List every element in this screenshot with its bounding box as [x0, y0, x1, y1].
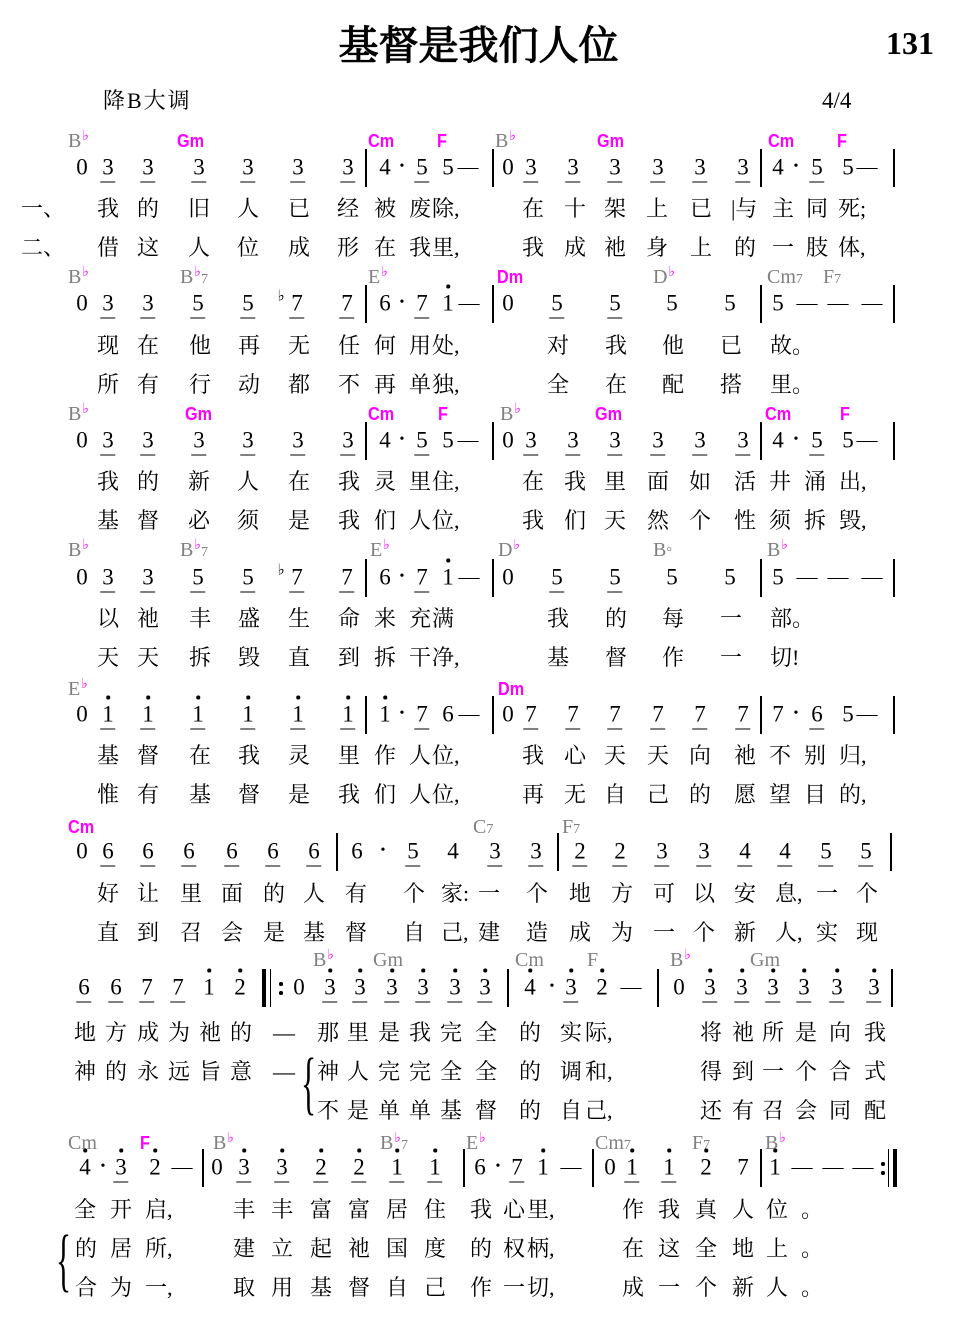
lyric-syllable: 体,: [838, 237, 866, 259]
lyric-syllable: 里: [409, 471, 431, 493]
note: 6: [811, 703, 823, 726]
lyric-syllable: 我: [238, 745, 260, 767]
lyric-syllable: 人: [237, 198, 259, 220]
chord-root: B: [380, 1132, 393, 1154]
lyric-syllable: 别: [804, 745, 826, 767]
lyric-syllable: 合: [75, 1277, 97, 1299]
lyric-syllable: 主: [772, 198, 794, 220]
chord-root: E: [368, 266, 380, 288]
lyric-syllable: 实: [560, 1022, 582, 1044]
lyric-syllable: |与: [731, 198, 757, 220]
lyric-syllable: 位,: [432, 745, 460, 767]
note: 3: [142, 566, 154, 589]
note: 1: [379, 703, 391, 726]
chord-symbol: B°: [653, 540, 672, 560]
note: 2: [596, 976, 608, 999]
note: 3: [193, 429, 205, 452]
lyric-syllable: 井: [769, 471, 791, 493]
lyric-syllable: 一: [658, 1277, 680, 1299]
lyric-syllable: 住,: [432, 471, 460, 493]
lyric-syllable: 向: [829, 1022, 851, 1044]
lyric-syllable: 肢: [806, 237, 828, 259]
lyric-syllable: 建: [233, 1238, 255, 1260]
start-repeat-barline: [262, 969, 271, 1007]
note: 3: [324, 976, 336, 999]
note: 3: [142, 429, 154, 452]
note: 3: [242, 156, 254, 179]
note: 3: [242, 429, 254, 452]
note: 7: [416, 292, 428, 315]
lyric-syllable: 个: [856, 883, 878, 905]
lyric-syllable: 完: [378, 1061, 400, 1083]
chord-root: F: [840, 404, 850, 424]
lyric-syllable: 灵: [288, 745, 310, 767]
note: 7: [652, 703, 664, 726]
chord-symbol: F: [837, 132, 847, 150]
sustain-dash: —: [823, 1157, 844, 1178]
rest: 0: [502, 429, 514, 452]
note: 5: [724, 292, 736, 315]
note: 3: [530, 840, 542, 863]
chord-root: B: [68, 539, 81, 561]
lyric-syllable: 在: [374, 237, 396, 259]
flat-icon: ♭: [684, 948, 691, 962]
note: 3: [652, 156, 664, 179]
single-barline: [893, 559, 895, 597]
lyric-syllable: 在: [137, 335, 159, 357]
note: 1: [292, 703, 304, 726]
lyric-syllable: 们: [374, 784, 396, 806]
rest: 0: [76, 156, 88, 179]
rest: 0: [76, 292, 88, 315]
note: 1: [429, 1156, 441, 1179]
lyric-syllable: 基: [547, 647, 569, 669]
lyric-syllable: 会: [221, 922, 243, 944]
lyric-syllable: 人: [409, 784, 431, 806]
lyric-syllable: 已: [690, 198, 712, 220]
sustain-dash: —: [458, 157, 479, 178]
lyric-syllable: 里: [347, 1022, 369, 1044]
chord-root: Cm: [768, 131, 794, 151]
flat-icon: ♭: [383, 538, 390, 552]
lyric-syllable: 合: [829, 1061, 851, 1083]
chord-root: F: [837, 131, 847, 151]
chord-symbol: B♭: [68, 131, 89, 151]
chord-root: Gm: [185, 404, 212, 424]
lyric-syllable: 废: [409, 198, 431, 220]
note: 5: [842, 156, 854, 179]
lyric-syllable: 意: [230, 1061, 252, 1083]
lyric-brace: {: [301, 1049, 316, 1119]
lyric-syllable: 一: [720, 647, 742, 669]
lyric-syllable: 我: [522, 510, 544, 532]
note: 3: [276, 1156, 288, 1179]
lyric-syllable: 天: [137, 647, 159, 669]
lyric-syllable: 自: [604, 784, 626, 806]
lyric-syllable: 拆: [804, 510, 826, 532]
chord-root: Cm: [368, 404, 394, 424]
lyric-syllable: 何: [374, 335, 396, 357]
lyric-syllable: 灵: [374, 471, 396, 493]
augmentation-dot: •: [400, 707, 405, 721]
chord-root: Dm: [497, 267, 523, 287]
chord-symbol: Cm7: [595, 1133, 631, 1153]
note: 3: [736, 976, 748, 999]
lyric-syllable: 起: [310, 1238, 332, 1260]
lyric-syllable: 。: [801, 1277, 823, 1299]
lyric-syllable: 人,: [775, 922, 803, 944]
lyric-syllable: 一: [816, 883, 838, 905]
chord-symbol: Cm7: [767, 267, 803, 287]
chord-symbol: Cm: [768, 132, 794, 150]
lyric-syllable: 开: [110, 1199, 132, 1221]
lyric-syllable: 部。: [770, 608, 814, 630]
lyric-syllable: 我: [564, 471, 586, 493]
lyric-syllable: 到: [732, 1061, 754, 1083]
lyric-syllable: 单: [378, 1100, 400, 1122]
chord-quality: 7: [573, 822, 580, 837]
lyric-syllable: 我: [409, 1022, 431, 1044]
lyric-syllable: 涌: [804, 471, 826, 493]
lyric-syllable: 自: [403, 922, 425, 944]
note: 5: [192, 292, 204, 315]
chord-symbol: F: [587, 950, 598, 970]
sustain-dash: —: [862, 293, 883, 314]
lyric-syllable: 柄,: [527, 1238, 555, 1260]
flat-icon: ♭: [194, 538, 201, 552]
note: 3: [656, 840, 668, 863]
lyric-syllable: 地: [74, 1022, 96, 1044]
single-barline: [365, 149, 367, 187]
lyric-syllable: 全: [74, 1199, 96, 1221]
lyric-syllable: 身: [646, 237, 668, 259]
note: 2: [315, 1156, 327, 1179]
lyric-syllable: 上: [766, 1238, 788, 1260]
note: 6: [308, 840, 320, 863]
note: 7: [737, 1156, 749, 1179]
lyric-syllable: 生: [288, 608, 310, 630]
single-barline: [365, 696, 367, 734]
rest: 0: [76, 429, 88, 452]
note: 5: [242, 566, 254, 589]
chord-symbol: Gm: [595, 405, 622, 423]
rest: 0: [76, 703, 88, 726]
chord-symbol: Cm: [515, 950, 544, 970]
lyric-syllable: 任: [338, 335, 360, 357]
lyric-syllable: 须: [769, 510, 791, 532]
note: 6: [379, 566, 391, 589]
note: 7: [341, 566, 353, 589]
lyric-syllable: 建: [478, 922, 500, 944]
lyric-syllable: 的: [519, 1100, 541, 1122]
lyric-syllable: 是: [263, 922, 285, 944]
chord-symbol: D♭: [498, 540, 520, 560]
lyric-syllable: 为: [168, 1022, 190, 1044]
lyric-syllable: 净,: [432, 647, 460, 669]
lyric-syllable: 将: [700, 1022, 722, 1044]
chord-symbol: B♭: [495, 131, 516, 151]
lyric-syllable: 我: [605, 335, 627, 357]
lyric-syllable: 度: [424, 1238, 446, 1260]
note: 1: [537, 1156, 549, 1179]
chord-root: F: [438, 404, 448, 424]
chord-symbol: Dm: [497, 268, 523, 286]
lyric-syllable: 在: [288, 471, 310, 493]
lyric-syllable: 必: [188, 510, 210, 532]
lyric-syllable: 无: [288, 335, 310, 357]
lyric-syllable: 新: [734, 922, 756, 944]
note: 6: [142, 840, 154, 863]
lyric-syllable: 所: [762, 1022, 784, 1044]
chord-root: Cm: [368, 131, 394, 151]
lyric-syllable: 个: [695, 1277, 717, 1299]
note: 7: [525, 703, 537, 726]
note: 3: [193, 156, 205, 179]
lyric-syllable: 个: [526, 883, 548, 905]
lyric-syllable: 不: [317, 1100, 339, 1122]
lyric-syllable: 地: [732, 1238, 754, 1260]
note: 4: [739, 840, 751, 863]
lyric-syllable: 的: [137, 471, 159, 493]
lyric-syllable: 成: [564, 237, 586, 259]
chord-root: B: [313, 949, 326, 971]
lyric-syllable: 督: [475, 1100, 497, 1122]
single-barline: [492, 422, 494, 460]
lyric-syllable: 基: [440, 1100, 462, 1122]
lyric-syllable: 经: [337, 198, 359, 220]
lyric-syllable: 基: [310, 1277, 332, 1299]
lyric-syllable: 毁,: [839, 510, 867, 532]
chord-quality: 7: [834, 272, 841, 287]
chord-root: E: [68, 678, 80, 700]
chord-symbol: E♭: [68, 679, 88, 699]
note: 3: [386, 976, 398, 999]
lyric-syllable: 们: [564, 510, 586, 532]
lyric-syllable: 祂: [732, 1022, 754, 1044]
chord-symbol: Gm: [597, 132, 624, 150]
lyric-syllable: 祂: [137, 608, 159, 630]
note: 2: [353, 1156, 365, 1179]
lyric-syllable: 出,: [839, 471, 867, 493]
lyric-syllable: 归,: [839, 745, 867, 767]
lyric-syllable: 造: [526, 922, 548, 944]
lyric-syllable: 都: [288, 374, 310, 396]
lyric-syllable: 位: [237, 237, 259, 259]
single-barline: [760, 1149, 762, 1187]
chord-quality: °: [666, 545, 672, 560]
lyric-syllable: 启,: [145, 1199, 173, 1221]
chord-root: F: [140, 1133, 150, 1153]
chord-root: F: [692, 1132, 703, 1154]
note: 7: [141, 976, 153, 999]
lyric-syllable: 再: [238, 335, 260, 357]
lyric-syllable: 十: [564, 198, 586, 220]
lyric-syllable: 盛: [238, 608, 260, 630]
chord-root: B: [180, 539, 193, 561]
lyric-syllable: —: [273, 1061, 295, 1083]
note: 2: [149, 1156, 161, 1179]
lyric-syllable: 单: [409, 1100, 431, 1122]
chord-symbol: B♭: [670, 950, 691, 970]
note: 4: [379, 156, 391, 179]
lyric-syllable: 的: [519, 1061, 541, 1083]
lyric-syllable: 须: [237, 510, 259, 532]
lyric-syllable: 独,: [432, 374, 460, 396]
lyric-syllable: 这: [137, 237, 159, 259]
chord-symbol: F: [437, 132, 447, 150]
lyric-syllable: 方: [105, 1022, 127, 1044]
note: 2: [234, 976, 246, 999]
flat-icon: ♭: [227, 1131, 234, 1145]
lyric-syllable: 好: [97, 883, 119, 905]
lyric-syllable: 已: [288, 198, 310, 220]
lyric-syllable: 作: [374, 745, 396, 767]
lyric-syllable: 督: [345, 922, 367, 944]
lyric-syllable: 一: [762, 1061, 784, 1083]
lyric-syllable: 一: [653, 922, 675, 944]
lyric-syllable: 基: [189, 784, 211, 806]
lyric-syllable: 我: [522, 237, 544, 259]
lyric-syllable: 里: [604, 471, 626, 493]
augmentation-dot: •: [794, 160, 799, 174]
lyric-syllable: 面: [647, 471, 669, 493]
lyric-syllable: 可: [653, 883, 675, 905]
sustain-dash: —: [459, 704, 480, 725]
note: 3: [694, 429, 706, 452]
chord-symbol: Gm: [373, 950, 403, 970]
single-barline: [492, 285, 494, 323]
note: 3: [737, 429, 749, 452]
lyric-syllable: 永: [137, 1061, 159, 1083]
flat-icon: ♭: [668, 265, 675, 279]
lyric-syllable: 。: [801, 1199, 823, 1221]
lyric-syllable: 息,: [775, 883, 803, 905]
lyric-syllable: 人: [188, 237, 210, 259]
verse-number: 一、: [21, 198, 65, 220]
chord-root: F: [437, 131, 447, 151]
lyric-syllable: 丰: [233, 1199, 255, 1221]
lyric-syllable: 借: [97, 237, 119, 259]
lyric-syllable: 对: [547, 335, 569, 357]
lyric-syllable: 基: [97, 510, 119, 532]
lyric-syllable: 的: [605, 608, 627, 630]
lyric-syllable: 搭: [720, 374, 742, 396]
chord-quality: 7: [201, 545, 208, 560]
lyric-syllable: 直: [97, 922, 119, 944]
lyric-syllable: 督: [137, 745, 159, 767]
lyric-syllable: 有: [137, 784, 159, 806]
chord-root: B: [68, 266, 81, 288]
note: 1: [442, 566, 454, 589]
note: 3: [652, 429, 664, 452]
flat-icon: ♭: [82, 129, 89, 143]
note: 3: [525, 156, 537, 179]
lyric-syllable: 天: [647, 745, 669, 767]
lyric-syllable: 位: [766, 1199, 788, 1221]
chord-symbol: B♭7: [180, 540, 208, 560]
note: 3: [102, 292, 114, 315]
lyric-syllable: 如: [689, 471, 711, 493]
lyric-syllable: 全: [547, 374, 569, 396]
lyric-syllable: 成: [569, 922, 591, 944]
single-barline: [492, 559, 494, 597]
chord-symbol: F: [438, 405, 448, 423]
chord-root: B: [213, 1132, 226, 1154]
note: 1: [342, 703, 354, 726]
single-barline: [365, 285, 367, 323]
note: 6: [102, 840, 114, 863]
lyric-syllable: 单: [409, 374, 431, 396]
note: 3: [565, 976, 577, 999]
lyric-syllable: 有: [345, 883, 367, 905]
chord-symbol: F7: [562, 817, 580, 837]
lyric-syllable: 在: [189, 745, 211, 767]
flat-icon: ♭: [514, 402, 521, 416]
chord-root: Gm: [177, 131, 204, 151]
lyric-syllable: 远: [168, 1061, 190, 1083]
lyric-syllable: 心: [503, 1199, 525, 1221]
flat-icon: ♭: [513, 538, 520, 552]
note: 5: [820, 840, 832, 863]
chord-root: B: [495, 130, 508, 152]
note: 7: [291, 566, 303, 589]
chord-symbol: B♭7: [180, 267, 208, 287]
lyric-syllable: 人: [303, 883, 325, 905]
chord-root: B: [767, 539, 780, 561]
lyric-syllable: 得: [700, 1061, 722, 1083]
sustain-dash: —: [797, 567, 818, 588]
lyric-syllable: 我: [864, 1022, 886, 1044]
single-barline: [893, 422, 895, 460]
note: 6: [379, 292, 391, 315]
chord-root: Dm: [498, 679, 524, 699]
chord-root: Gm: [595, 404, 622, 424]
lyric-syllable: 同: [806, 198, 828, 220]
lyric-syllable: 他: [189, 335, 211, 357]
note: 7: [772, 703, 784, 726]
note: 7: [511, 1156, 523, 1179]
lyric-syllable: 已: [720, 335, 742, 357]
lyric-syllable: 天: [97, 647, 119, 669]
note: 6: [110, 976, 122, 999]
chord-symbol: F: [840, 405, 850, 423]
lyric-syllable: 直: [288, 647, 310, 669]
lyric-syllable: 他: [662, 335, 684, 357]
note: 3: [525, 429, 537, 452]
chord-root: Gm: [750, 949, 780, 971]
chord-root: Gm: [373, 949, 403, 971]
chord-symbol: B♭: [313, 950, 334, 970]
note: 6: [267, 840, 279, 863]
note: 1: [203, 976, 215, 999]
lyric-syllable: 人: [732, 1199, 754, 1221]
rest: 0: [211, 1156, 223, 1179]
note: 5: [666, 566, 678, 589]
lyric-syllable: 我: [658, 1199, 680, 1221]
chord-root: B: [500, 403, 513, 425]
lyric-syllable: 我: [97, 471, 119, 493]
lyric-syllable: 个: [795, 1061, 817, 1083]
lyric-syllable: 我: [409, 237, 431, 259]
lyric-syllable: 人: [409, 510, 431, 532]
lyric-syllable: 我: [522, 745, 544, 767]
note: 6: [226, 840, 238, 863]
lyric-syllable: 己: [424, 1277, 446, 1299]
lyric-syllable: 心: [564, 745, 586, 767]
note: 7: [609, 703, 621, 726]
flat-icon: ♭: [781, 538, 788, 552]
lyric-syllable: 拆: [189, 647, 211, 669]
